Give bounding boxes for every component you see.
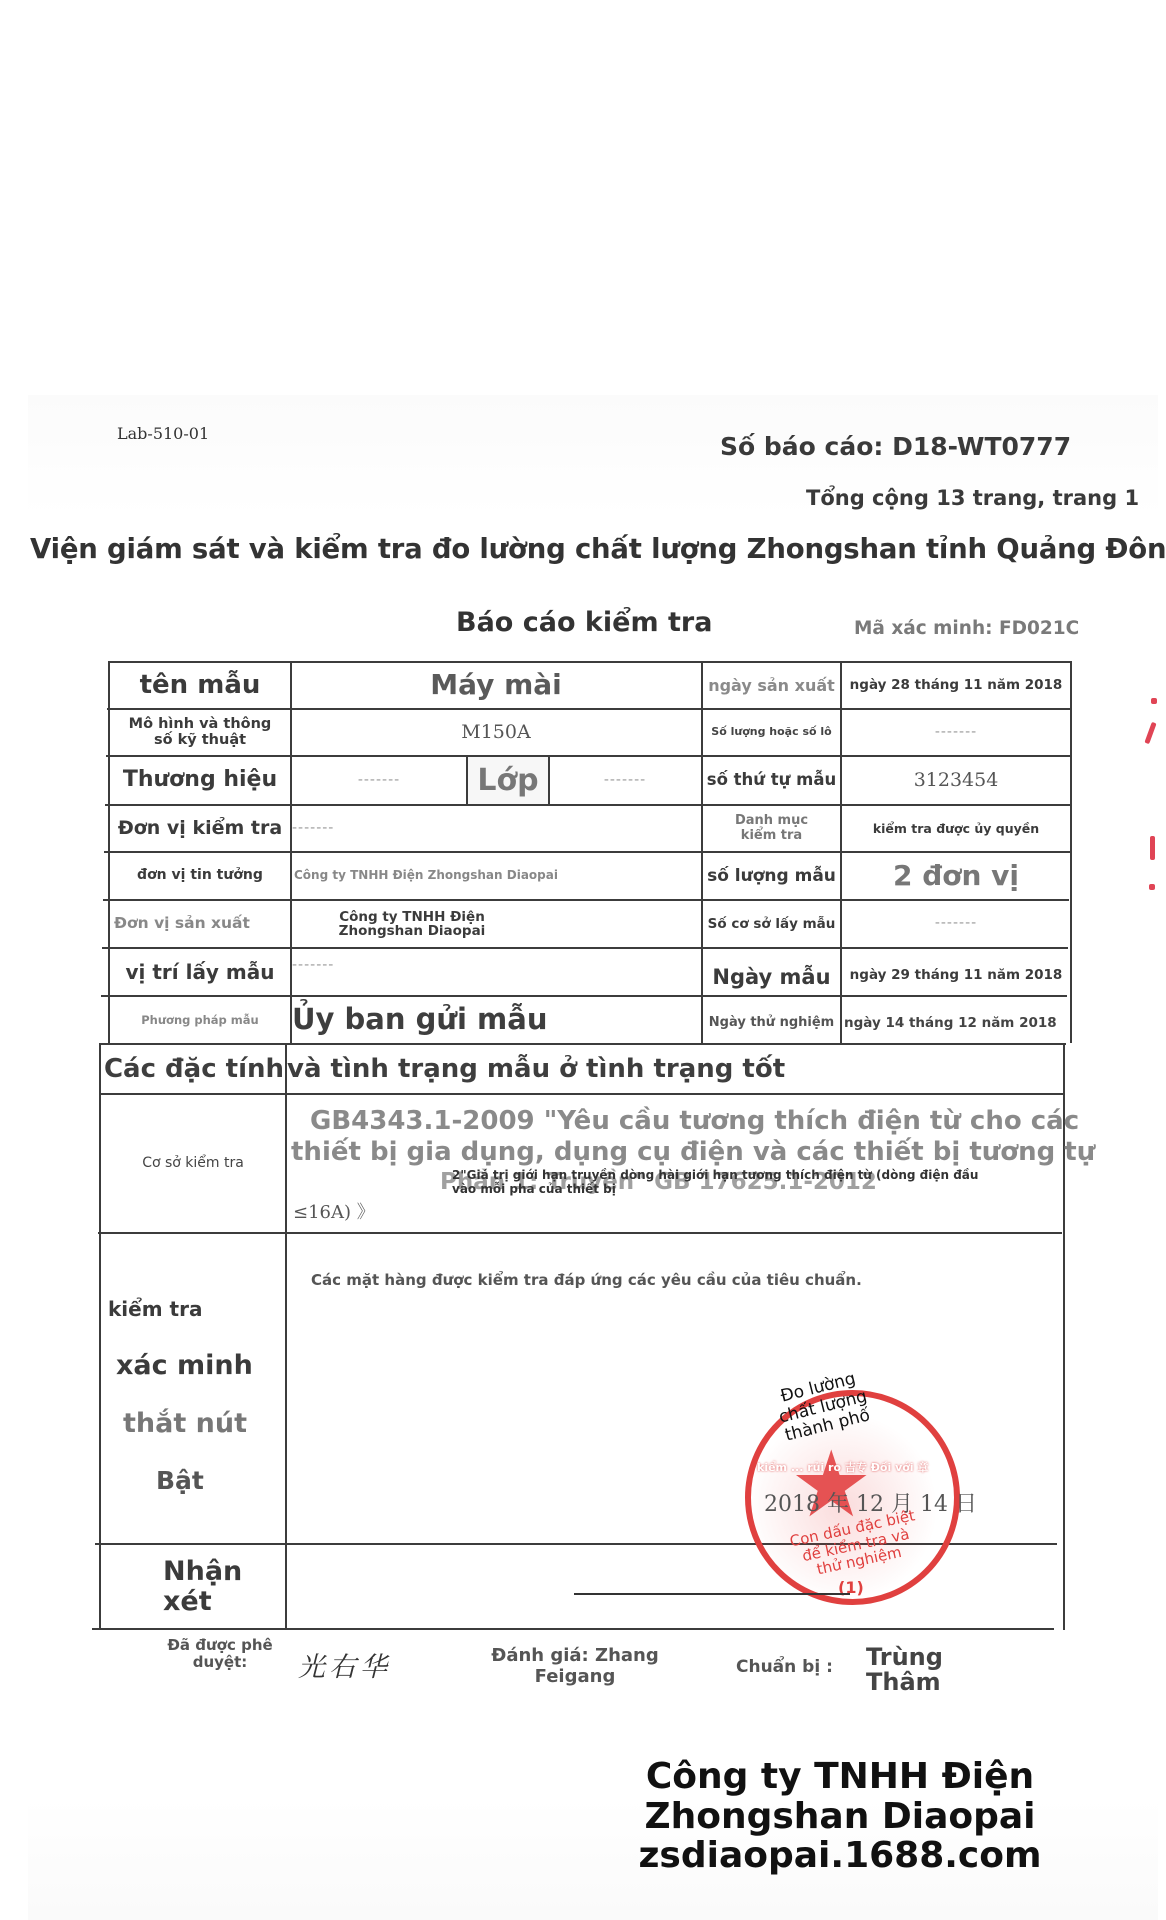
value-grade: ------- [550,757,700,804]
label-grade: Lớp [468,757,548,804]
approved-signature: 光右华 [298,1645,391,1684]
label-inspection-unit: Đơn vị kiểm tra [110,806,290,851]
value-manufacturer: Công ty TNHH Điện Zhongshan Diaopai [292,901,532,947]
label-sampling-method: Phương pháp mẫu [110,997,290,1043]
value-test-date: ngày 14 tháng 12 năm 2018 [842,1001,1072,1045]
test-basis-line2: thiết bị gia dụng, dụng cụ điện và các t… [291,1137,1095,1167]
label-inspection-category: Danh mục kiểm tra [703,806,840,851]
value-sample-quantity: 2 đơn vị [842,853,1070,899]
label-sampling-base: Số cơ sở lấy mẫu [703,901,840,947]
approved-label: Đã được phê duyệt: [160,1637,280,1670]
test-basis-line5: ≤16A) 》 [293,1198,375,1224]
lab-code: Lab-510-01 [117,424,209,443]
stamp-middle-text: kiểm ... rủi ro 吉专 Đối với 章 [757,1459,928,1475]
value-sample-date: ngày 29 tháng 11 năm 2018 [842,955,1070,995]
value-model: M150A [292,710,700,755]
document-title: Báo cáo kiểm tra [456,607,712,638]
verification-code: Mã xác minh: FD021C [854,618,1079,639]
label-manufacturer: Đơn vị sản xuất [110,901,294,947]
value-sampling-base: ------- [842,901,1070,947]
footer-company-name: Công ty TNHH Điện Zhongshan Diaopai [600,1757,1080,1836]
label-characteristics: Các đặc tính [103,1045,285,1093]
label-sample-quantity: số lượng mẫu [703,853,840,899]
conclusion-text: Các mặt hàng được kiểm tra đáp ứng các y… [311,1271,862,1289]
signature-line [574,1593,850,1595]
value-sample-name: Máy mài [292,663,700,708]
stamp-fragment [1150,836,1155,860]
value-inspection-category: kiểm tra được ủy quyền [842,806,1070,851]
footer-website[interactable]: zsdiaopai.1688.com [600,1836,1080,1876]
test-basis-line3: 2"Giá trị giới hạn truyền dòng hài giới … [452,1168,978,1182]
test-basis-line1: GB4343.1-2009 "Yêu cầu tương thích điện … [310,1106,1079,1136]
report-number: Số báo cáo: D18-WT0777 [720,432,1071,461]
stamp-fragment [1151,698,1157,704]
label-test-basis: Cơ sở kiểm tra [101,1095,285,1232]
value-trust-unit: Công ty TNHH Điện Zhongshan Diaopai [292,853,702,899]
label-remarks: Nhận xét [163,1557,253,1616]
value-sampling-method: Ủy ban gửi mẫu [292,997,700,1043]
institute-name: Viện giám sát và kiểm tra đo lường chất … [30,533,1166,565]
value-characteristics: và tình trạng mẫu ở tình trạng tốt [287,1045,1057,1093]
label-conclusion-4: Bật [156,1466,204,1495]
stamp-date: 2018 年 12 月 14 日 [764,1487,977,1518]
label-sample-serial: số thứ tự mẫu [703,757,840,804]
value-production-date: ngày 28 tháng 11 năm 2018 [842,663,1070,708]
page-info: Tổng cộng 13 trang, trang 1 [806,486,1139,510]
stamp-fragment [1149,884,1155,890]
review-signature: Đánh giá: Zhang Feigang [485,1646,665,1687]
label-sample-name: tên mẫu [110,663,290,708]
label-model: Mô hình và thông số kỹ thuật [110,710,290,755]
label-production-date: ngày sản xuất [703,663,840,708]
label-test-date: Ngày thử nghiệm [703,1001,840,1045]
label-brand: Thương hiệu [110,757,290,804]
prepared-label: Chuẩn bị : [736,1657,833,1677]
prepared-name: Trùng Thâm [866,1645,956,1695]
label-conclusion-3: thắt nút [123,1408,247,1439]
label-sample-date: Ngày mẫu [703,955,840,1001]
footer-company: Công ty TNHH Điện Zhongshan Diaopai zsdi… [600,1757,1080,1876]
label-batch: Số lượng hoặc số lô [703,710,840,755]
label-conclusion-1: kiểm tra [108,1297,202,1321]
label-sampling-location: vị trí lấy mẫu [110,949,290,995]
value-batch: ------- [842,710,1070,755]
value-inspection-unit: ------- [292,806,700,851]
value-sampling-location: ------- [292,949,700,983]
label-conclusion-2: xác minh [116,1350,253,1381]
test-basis-line4: vào mỗi pha của thiết bị [452,1182,616,1196]
value-brand: ------- [292,757,466,804]
value-sample-serial: 3123454 [842,757,1070,804]
label-trust-unit: đơn vị tin tưởng [110,853,290,899]
